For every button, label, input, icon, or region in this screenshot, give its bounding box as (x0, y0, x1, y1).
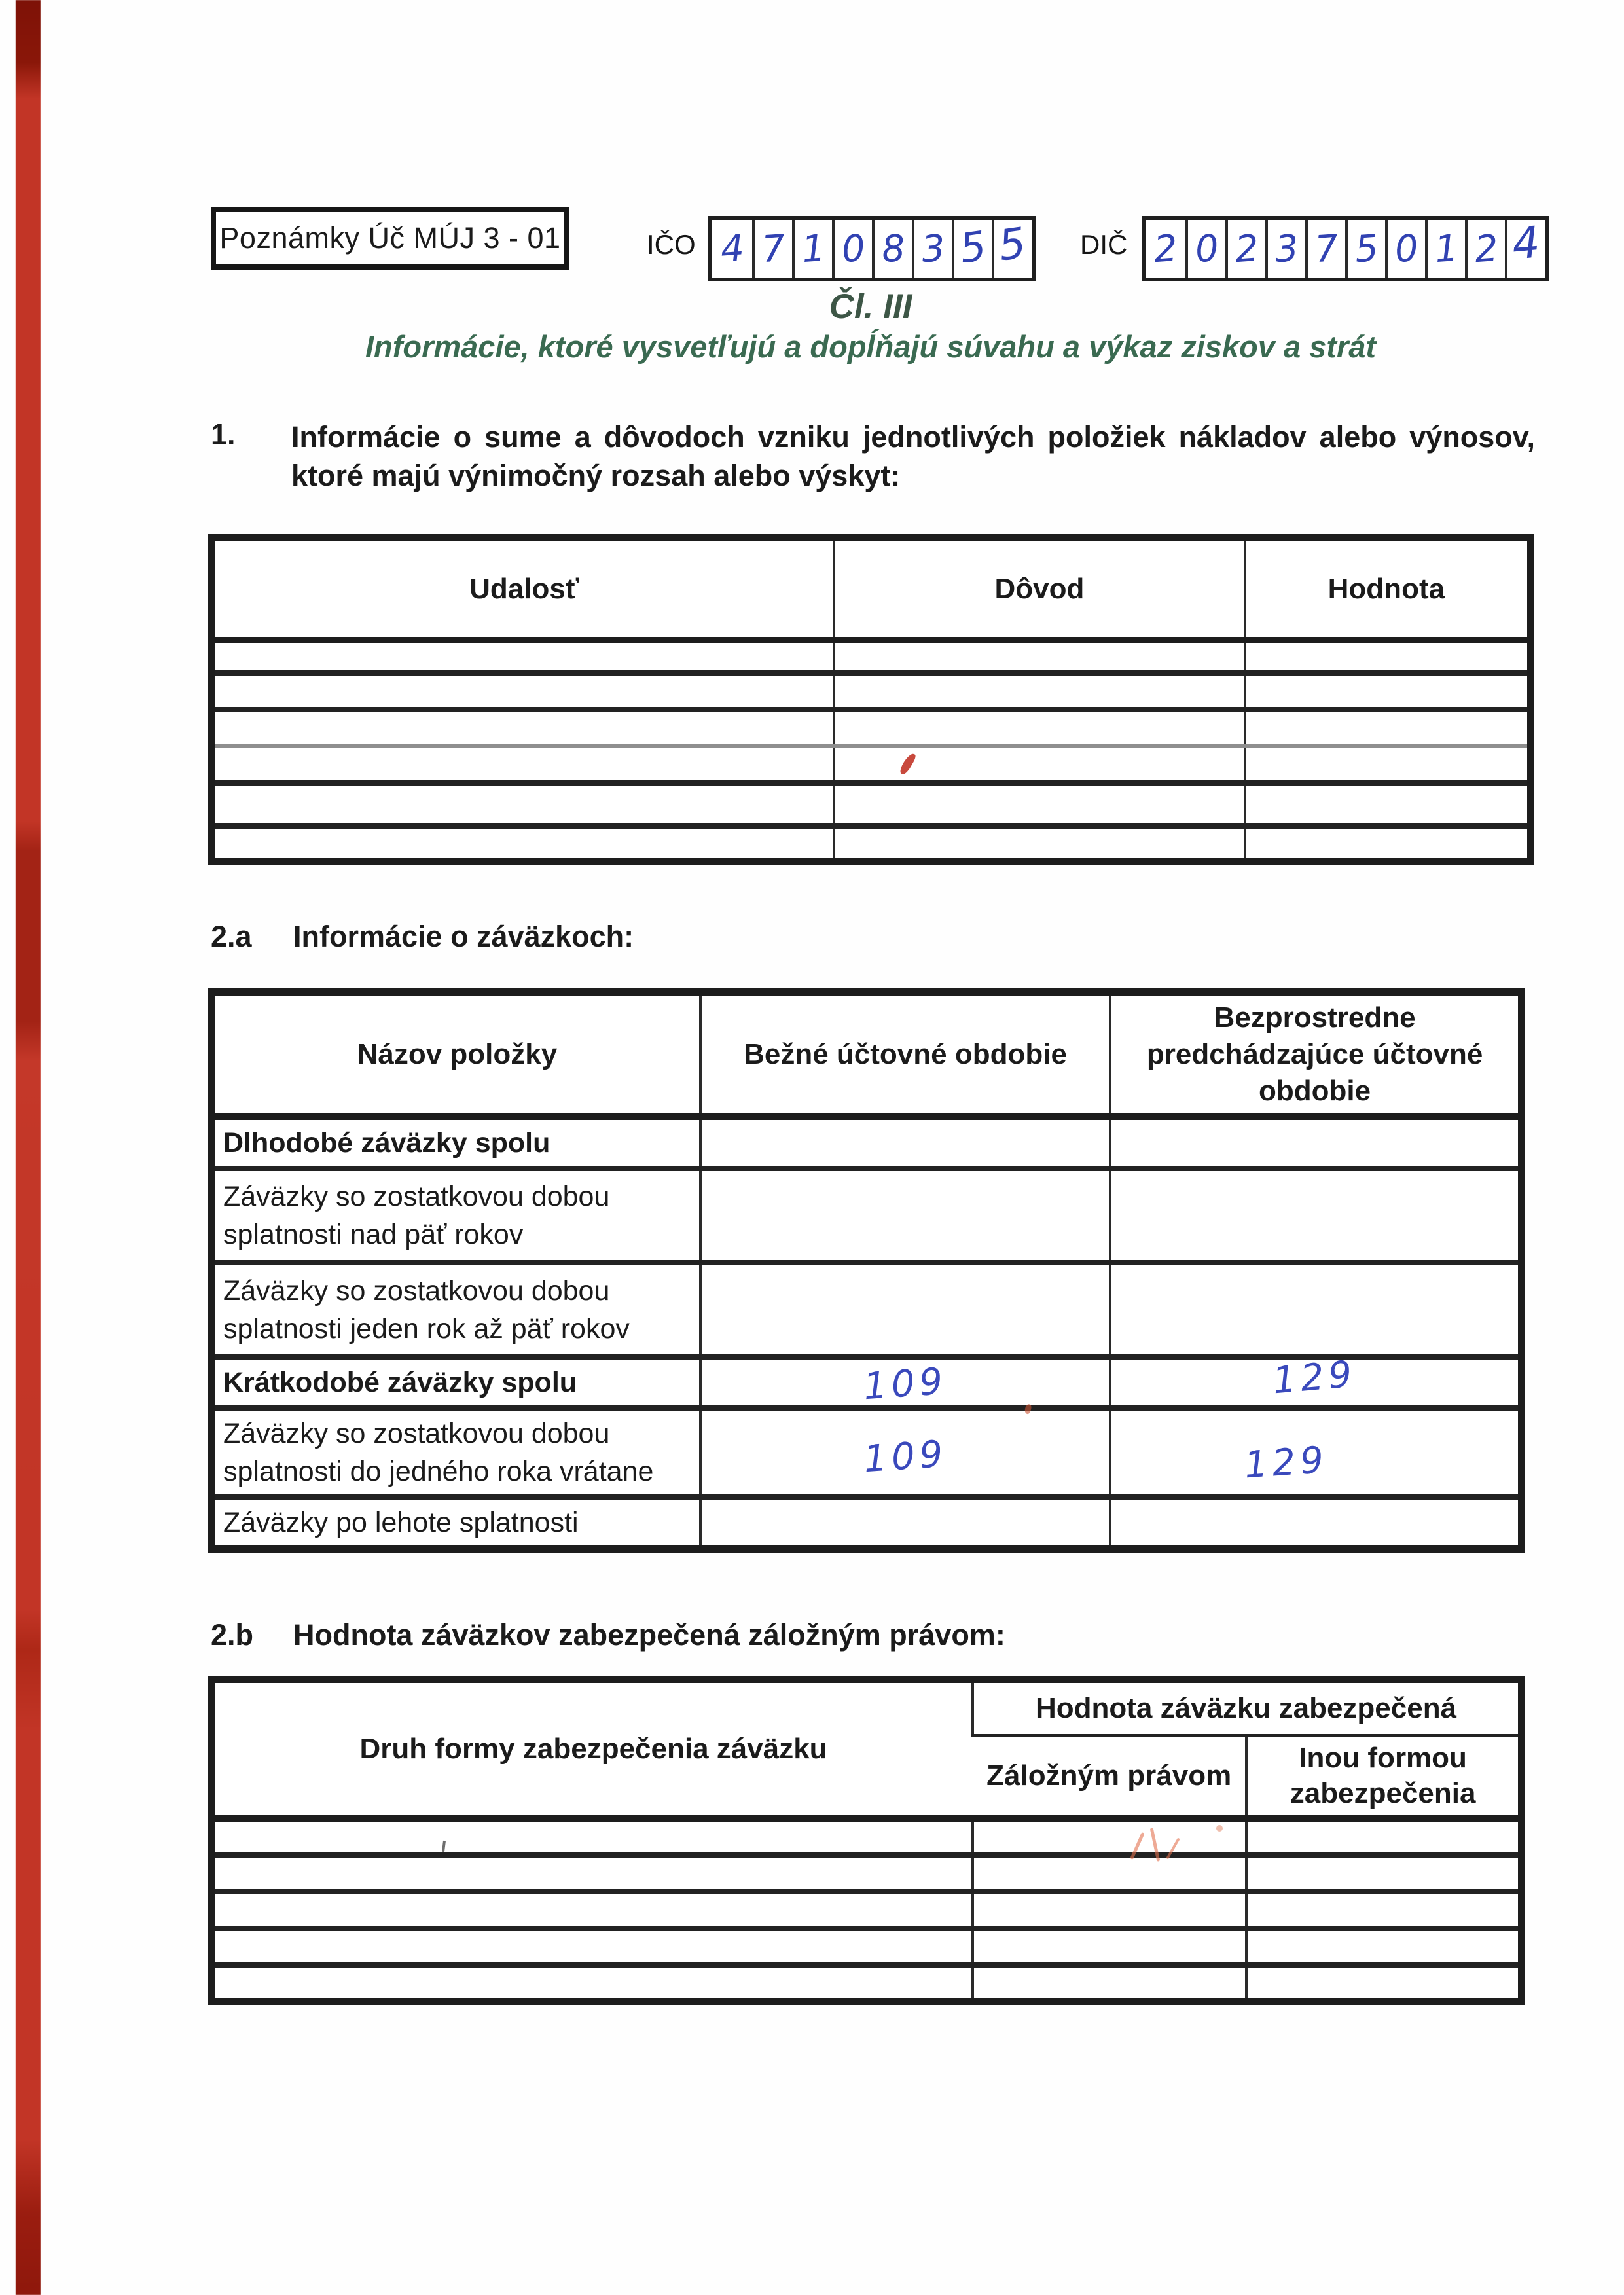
table-row (212, 1965, 1522, 2002)
handwritten-digit: 4 (719, 226, 745, 270)
scanned-form-page: Poznámky Úč MÚJ 3 - 01 IČO 4 7 1 0 8 3 5… (0, 0, 1624, 2295)
section1-line2: ktoré majú výnimočný rozsah alebo výskyt… (291, 456, 1535, 495)
row-label: Dlhodobé záväzky spolu (212, 1117, 700, 1168)
table-row (212, 826, 1531, 861)
handwritten-digit: 2 (1233, 226, 1259, 270)
handwritten-value: 129 (1242, 1438, 1329, 1487)
handwritten-digit: 8 (880, 226, 906, 270)
table-row: Záväzky so zostatkovou dobou splatnosti … (212, 1263, 1522, 1357)
ico-digit-cell: 5 (992, 220, 1032, 278)
section1-number: 1. (211, 418, 236, 452)
ico-digit-cell: 7 (752, 220, 792, 278)
section2a-title: Informácie o záväzkoch: (293, 920, 634, 954)
handwritten-digit: 2 (1473, 226, 1499, 270)
article-title: Čl. III (206, 287, 1535, 327)
dic-digit-grid: 2 0 2 3 7 5 0 1 2 4 (1142, 216, 1549, 281)
ico-digit-cell: 4 (712, 220, 752, 278)
dic-digit-cell: 0 (1185, 220, 1225, 278)
ico-digit-cell: 8 (872, 220, 912, 278)
table-row: Záväzky so zostatkovou dobou splatnosti … (212, 1168, 1522, 1263)
handwritten-digit: 5 (996, 219, 1029, 271)
handwritten-digit: 5 (956, 221, 988, 272)
ico-label: IČO (647, 229, 696, 261)
section2a-number: 2.a (211, 920, 252, 954)
table-row (212, 1892, 1522, 1928)
handwritten-digit: 3 (1273, 226, 1299, 270)
ico-digit-cell: 0 (832, 220, 872, 278)
col-header-group: Hodnota záväzku zabezpečená (973, 1680, 1521, 1736)
dic-label: DIČ (1080, 229, 1127, 261)
handwritten-digit: 7 (1313, 226, 1339, 270)
form-code-box: Poznámky Úč MÚJ 3 - 01 (211, 207, 569, 270)
handwritten-value: 109 (862, 1432, 948, 1481)
section2b-title: Hodnota záväzkov zabezpečená záložným pr… (293, 1618, 1005, 1652)
row-label: Záväzky so zostatkovou dobou splatnosti … (212, 1168, 700, 1263)
ico-digit-cell: 3 (912, 220, 952, 278)
orange-dot-mark (1216, 1825, 1223, 1832)
table-row: Krátkodobé záväzky spolu 109 129 (212, 1357, 1522, 1408)
ico-digit-cell: 1 (792, 220, 832, 278)
dic-digit-cell: 1 (1425, 220, 1465, 278)
table-row (212, 1818, 1522, 1855)
col-header-druh-formy: Druh formy zabezpečenia záväzku (212, 1680, 973, 1818)
row-label: Záväzky po lehote splatnosti (212, 1497, 700, 1549)
col-header-nazov: Názov položky (212, 992, 700, 1117)
handwritten-digit: 7 (760, 226, 786, 270)
dic-digit-cell: 7 (1305, 220, 1345, 278)
table-row (212, 640, 1531, 673)
col-header-dovod: Dôvod (835, 538, 1245, 640)
table-header-row: Udalosť Dôvod Hodnota (212, 538, 1531, 640)
col-header-bezne: Bežné účtovné obdobie (700, 992, 1110, 1117)
handwritten-digit: 0 (840, 226, 866, 270)
dic-digit-cell: 3 (1265, 220, 1305, 278)
table-row (212, 746, 1531, 783)
row-label: Záväzky so zostatkovou dobou splatnosti … (212, 1263, 700, 1357)
dic-digit-cell: 2 (1225, 220, 1265, 278)
dic-digit-cell: 2 (1465, 220, 1505, 278)
handwritten-value: 129 (1271, 1357, 1358, 1402)
col-header-ina-forma: Inou formou zabezpečenia (1246, 1736, 1521, 1818)
section1-paragraph: Informácie o sume a dôvodoch vzniku jedn… (291, 418, 1535, 495)
handwritten-digit: 3 (920, 226, 946, 270)
table-header-row: Názov položky Bežné účtovné obdobie Bezp… (212, 992, 1522, 1117)
table-row (212, 710, 1531, 746)
handwritten-digit: 0 (1193, 226, 1219, 270)
liabilities-table: Názov položky Bežné účtovné obdobie Bezp… (208, 988, 1525, 1553)
col-header-hodnota: Hodnota (1244, 538, 1530, 640)
section2b-number: 2.b (211, 1618, 253, 1652)
handwritten-digit: 0 (1393, 226, 1419, 270)
article-subtitle: Informácie, ktoré vysvetľujú a dopĺňajú … (206, 329, 1535, 365)
handwritten-digit: 1 (800, 226, 826, 270)
handwritten-digit: 5 (1353, 226, 1379, 270)
dic-digit-cell: 0 (1385, 220, 1425, 278)
events-table: Udalosť Dôvod Hodnota (208, 534, 1534, 865)
ico-digit-grid: 4 7 1 0 8 3 5 5 (708, 216, 1036, 281)
row-label: Krátkodobé záväzky spolu (212, 1357, 700, 1408)
table-row (212, 1928, 1522, 1965)
table-row: Záväzky po lehote splatnosti (212, 1497, 1522, 1549)
table-row: Záväzky so zostatkovou dobou splatnosti … (212, 1408, 1522, 1497)
section1-line1: Informácie o sume a dôvodoch vzniku jedn… (291, 418, 1535, 456)
table-row (212, 1855, 1522, 1892)
row-label: Záväzky so zostatkovou dobou splatnosti … (212, 1408, 700, 1497)
handwritten-value: 109 (862, 1360, 948, 1408)
table-row (212, 783, 1531, 826)
table-header-row: Druh formy zabezpečenia záväzku Hodnota … (212, 1680, 1522, 1736)
ico-digit-cell: 5 (952, 220, 992, 278)
secured-liabilities-table: Druh formy zabezpečenia záväzku Hodnota … (208, 1676, 1525, 2005)
handwritten-digit: 1 (1433, 226, 1459, 270)
col-header-zalozne-pravo: Záložným právom (973, 1736, 1246, 1818)
col-header-udalost: Udalosť (212, 538, 835, 640)
dic-digit-cell: 4 (1505, 220, 1545, 278)
scan-edge-red-strip (16, 0, 41, 2295)
form-code-label: Poznámky Úč MÚJ 3 - 01 (219, 221, 560, 255)
table-row (212, 673, 1531, 710)
table-row: Dlhodobé záväzky spolu (212, 1117, 1522, 1168)
dic-digit-cell: 2 (1146, 220, 1185, 278)
handwritten-digit: 2 (1152, 226, 1178, 270)
handwritten-digit: 4 (1509, 217, 1542, 269)
col-header-predchadzajuce: Bezprostredne predchádzajúce účtovné obd… (1110, 992, 1521, 1117)
dic-digit-cell: 5 (1345, 220, 1385, 278)
